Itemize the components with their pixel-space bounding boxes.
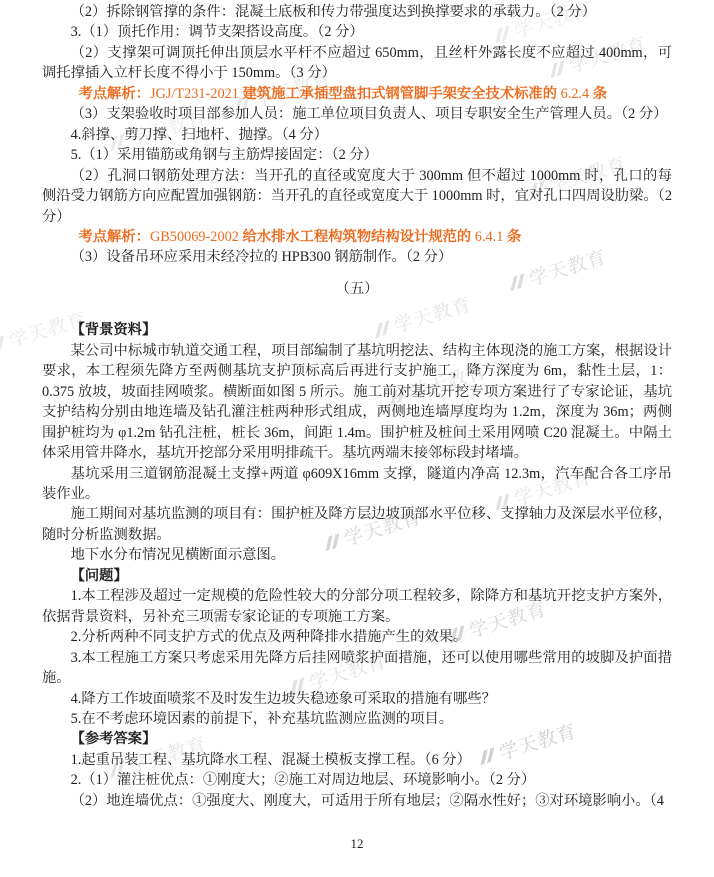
answer-line: （2）支撑架可调顶托伸出顶层水平杆不应超过 650mm，且丝杆外露长度不应超过 … (42, 43, 672, 84)
standard-code: JGJ/T231-2021 (150, 86, 243, 102)
background-header: 【背景资料】 (42, 320, 672, 340)
reference-answer-item: 2.（1）灌注桩优点：①刚度大；②施工对周边地层、环境影响小。（2 分） (42, 770, 672, 790)
question-item: 4.降方工作坡面喷浆不及时发生边坡失稳迹象可采取的措施有哪些？ (42, 689, 672, 709)
standard-clause-number: 6.4.1 (471, 229, 507, 245)
section-title: （五） (42, 279, 672, 299)
reference-answer-item: （2）地连墙优点：①强度大、刚度大，可适用于所有地层；②隔水性好；③对环境影响小… (42, 791, 672, 811)
answer-line: 4.斜撑、剪刀撑、扫地杆、抛撑。（4 分） (42, 125, 672, 145)
question-item: 5.在不考虑环境因素的前提下，补充基坑监测应监测的项目。 (42, 709, 672, 729)
page-number: 12 (0, 836, 714, 852)
xuetian-logo-icon (0, 334, 7, 353)
exam-point-label: 考点解析： (78, 86, 149, 102)
clause-suffix: 条 (593, 86, 607, 102)
questions-header: 【问题】 (42, 566, 672, 586)
answer-line: （2）拆除钢管撑的条件：混凝土底板和传力带强度达到换撑要求的承载力。（2 分） (42, 2, 672, 22)
background-paragraph: 基坑采用三道钢筋混凝土支撑+两道 φ609X16mm 支撑，隧道内净高 12.3… (42, 464, 672, 505)
background-paragraph: 某公司中标城市轨道交通工程，项目部编制了基坑明挖法、结构主体现浇的施工方案，根据… (42, 341, 672, 464)
question-item: 1.本工程涉及超过一定规模的危险性较大的分部分项工程较多，除降方和基坑开挖支护方… (42, 586, 672, 627)
standard-clause-number: 6.2.4 (557, 86, 593, 102)
standard-title: 建筑施工承插型盘扣式钢管脚手架安全技术标准的 (242, 86, 557, 102)
answer-line: （3）支架验收时项目部参加人员：施工单位项目负责人、项目专职安全生产管理人员。（… (42, 104, 672, 124)
answer-line: 3.（1）顶托作用：调节支架搭设高度。（2 分） (42, 22, 672, 42)
exam-point-note-1: 考点解析：JGJ/T231-2021 建筑施工承插型盘扣式钢管脚手架安全技术标准… (42, 84, 672, 104)
answer-line: （3）设备吊环应采用未经冷拉的 HPB300 钢筋制作。（2 分） (42, 247, 672, 267)
standard-title: 给水排水工程构筑物结构设计规范的 (242, 229, 471, 245)
question-item: 2.分析两种不同支护方式的优点及两种降排水措施产生的效果。 (42, 627, 672, 647)
reference-answers-header: 【参考答案】 (42, 729, 672, 749)
question-item: 3.本工程施工方案只考虑采用先降方后挂网喷浆护面措施，还可以使用哪些常用的坡脚及… (42, 648, 672, 689)
clause-suffix: 条 (507, 229, 521, 245)
exam-point-note-2: 考点解析：GB50069-2002 给水排水工程构筑物结构设计规范的 6.4.1… (42, 227, 672, 247)
standard-code: GB50069-2002 (150, 229, 243, 245)
exam-point-label: 考点解析： (78, 229, 149, 245)
answer-line: 5.（1）采用锚筋或角钢与主筋焊接固定：（2 分） (42, 145, 672, 165)
page-content: （2）拆除钢管撑的条件：混凝土底板和传力带强度达到换撑要求的承载力。（2 分） … (42, 2, 672, 811)
background-paragraph: 施工期间对基坑监测的项目有：围护桩及降方层边坡顶部水平位移、支撑轴力及深层水平位… (42, 504, 672, 545)
document-page: 学天教育学天教育学天教育学天教育学天教育学天教育学天教育学天教育学天教育学天教育… (0, 0, 714, 877)
reference-answer-item: 1.起重吊装工程、基坑降水工程、混凝土模板支撑工程。（6 分） (42, 750, 672, 770)
background-paragraph: 地下水分布情况见横断面示意图。 (42, 545, 672, 565)
answer-line: （2）孔洞口钢筋处理方法：当开孔的直径或宽度大于 300mm 但不超过 1000… (42, 166, 672, 227)
